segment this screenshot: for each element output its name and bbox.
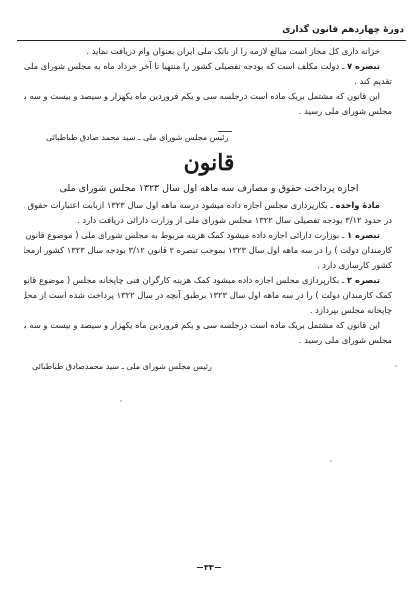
note-2-label: تبصره ۲ <box>347 275 380 285</box>
document-page: دورهٔ چهاردهم قانون گذاری خزانه داری کل … <box>0 0 418 599</box>
scan-speck <box>395 365 397 367</box>
article-line: در حدود ۳/۱۲ بودجه تفصیلی سال ۱۳۲۲ مجلس … <box>24 213 392 228</box>
closing-line: این قانون که مشتمل بریک ماده است درجلسه … <box>24 89 392 104</box>
law-subtitle: اجازه پرداخت حقوق و مصارف سه ماهه اول سا… <box>0 183 418 194</box>
note-2-line: تبصره ۲ ـ بکارپردازی مجلس اجازه داده میش… <box>24 273 392 288</box>
running-header: دورهٔ چهاردهم قانون گذاری <box>282 25 404 35</box>
scan-speck <box>330 460 332 462</box>
signature: رئیس مجلس شورای ملی ـ سید محمد صادق طباط… <box>46 133 228 142</box>
signature: رئیس مجلس شورای ملی ـ سید محمدصادق طباطب… <box>32 362 212 371</box>
scan-speck <box>120 400 122 402</box>
note-7-line: تقدیم کند . <box>24 74 392 89</box>
separator-dash <box>218 131 232 132</box>
article-line: مادهٔ واحده ـ بکارپردازی مجلس اجازه داده… <box>24 198 392 213</box>
closing-line: مجلس شورای ملی رسید . <box>24 333 392 348</box>
closing-line: این قانون که مشتمل بریک ماده است درجلسه … <box>24 318 392 333</box>
previous-law-continuation: خزانه داری کل مجاز است مبالغ لازمه را از… <box>24 44 392 119</box>
note-1-line: کشور کارسازی دارد . <box>24 258 392 273</box>
note-7-line: تبصره ۷ ـ دولت مکلف است که بودجه تفصیلی … <box>24 59 392 74</box>
law-body: مادهٔ واحده ـ بکارپردازی مجلس اجازه داده… <box>24 198 392 348</box>
law-title: قانون <box>0 150 418 176</box>
note-2-line: کمک کارمندان دولت ) را در سه ماهه اول سا… <box>24 288 392 303</box>
note-1-line: کارمندان دولت ) را در سه ماهه اول سال ۱۳… <box>24 243 392 258</box>
page-number: ۳۳ <box>196 563 222 572</box>
single-article-label: مادهٔ واحده <box>336 200 380 210</box>
paragraph-line: خزانه داری کل مجاز است مبالغ لازمه را از… <box>24 44 392 59</box>
note-7-label: تبصره ۷ <box>347 61 380 71</box>
closing-line: مجلس شورای ملی رسید . <box>24 104 392 119</box>
note-1-label: تبصره ۱ <box>347 230 380 240</box>
note-2-line: چاپخانه مجلس بپردازد . <box>24 303 392 318</box>
header-rule <box>17 40 406 41</box>
note-1-line: تبصره ۱ ـ بوزارت دارائی اجازه داده میشود… <box>24 228 392 243</box>
